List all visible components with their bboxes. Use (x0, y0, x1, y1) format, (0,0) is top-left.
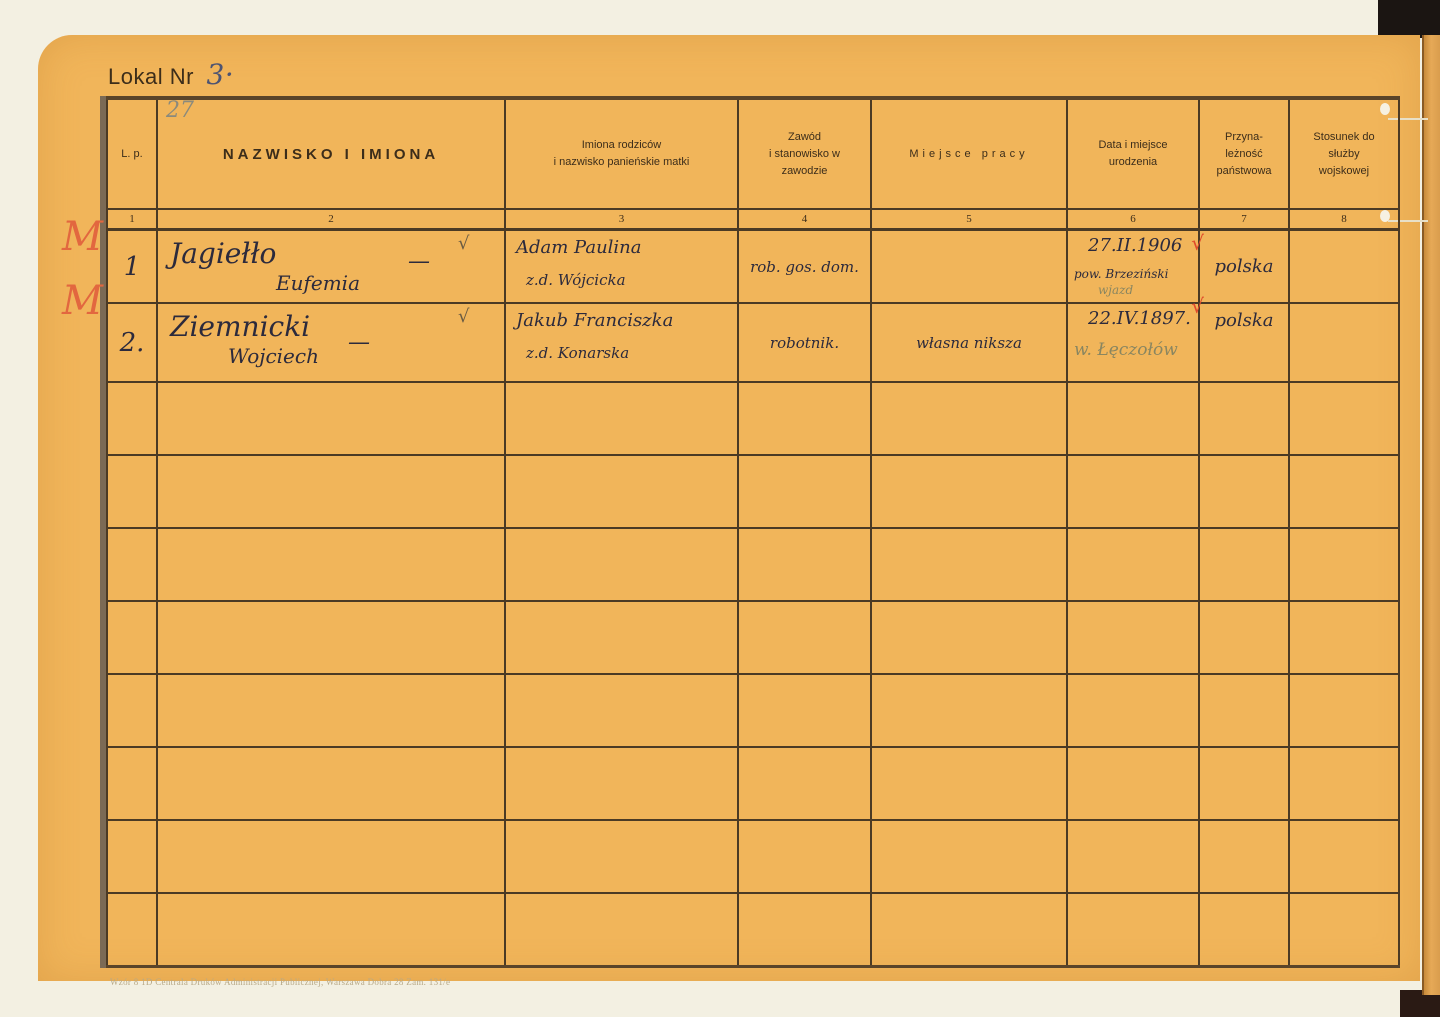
nationality: polska (1215, 310, 1274, 331)
occupation: rob. gos. dom. (750, 258, 859, 276)
column-number: 4 (738, 209, 871, 230)
parents-names: Adam Paulina (516, 237, 642, 258)
register-table: L. p. NAZWISKO I IMIONA Imiona rodziców … (106, 96, 1400, 968)
surname: Ziemnicki (170, 310, 310, 343)
checkmark-icon: √ (458, 233, 469, 254)
empty-row (107, 674, 1399, 747)
folio-number: 27 (166, 98, 194, 123)
title-label: Lokal Nr (108, 64, 194, 89)
empty-row (107, 601, 1399, 674)
margin-annotations: M M (62, 205, 92, 365)
empty-row (107, 893, 1399, 967)
birth-note: wjazd (1098, 283, 1133, 297)
header-parents: Imiona rodziców i nazwisko panieńskie ma… (505, 98, 738, 209)
column-number: 1 (107, 209, 157, 230)
column-number: 2 (157, 209, 505, 230)
parents-cell: Adam Paulina z.d. Wójcicka (505, 230, 738, 304)
header-lp: L. p. (107, 98, 157, 209)
printer-imprint: Wzór 8 1D Centrala Druków Administracji … (110, 977, 450, 987)
row-number: 2. (120, 328, 145, 358)
empty-row (107, 382, 1399, 455)
empty-row (107, 455, 1399, 528)
column-number: 6 (1067, 209, 1199, 230)
surname: Jagiełło (170, 237, 276, 270)
header-nationality: Przyna- leżność państwowa (1199, 98, 1289, 209)
dash-mark: — (348, 330, 370, 355)
column-number: 5 (871, 209, 1067, 230)
page-title: Lokal Nr 3· (108, 58, 234, 91)
given-name: Eufemia (276, 271, 360, 295)
header-row: L. p. NAZWISKO I IMIONA Imiona rodziców … (107, 98, 1399, 209)
table-row: 1 Jagiełło Eufemia — √ Adam Paulina z.d.… (107, 230, 1399, 304)
mother-maiden-name: z.d. Konarska (526, 344, 629, 362)
empty-row (107, 528, 1399, 601)
birth-date: 27.II.1906 (1088, 235, 1182, 256)
column-number: 8 (1289, 209, 1399, 230)
empty-row (107, 820, 1399, 893)
column-number-row: 1 2 3 4 5 6 7 8 (107, 209, 1399, 230)
background-corner (1378, 0, 1440, 38)
header-military: Stosunek do służby wojskowej (1289, 98, 1399, 209)
row-number: 1 (124, 252, 141, 282)
occupation: robotnik. (770, 334, 839, 352)
workplace: własna niksza (916, 334, 1022, 352)
header-birth: Data i miejsce urodzenia (1067, 98, 1199, 209)
birth-date: 22.IV.1897. (1088, 308, 1191, 329)
header-workplace: Miejsce pracy (871, 98, 1067, 209)
nationality: polska (1215, 256, 1274, 277)
header-occupation: Zawód i stanowisko w zawodzie (738, 98, 871, 209)
parents-cell: Jakub Franciszka z.d. Konarska (505, 303, 738, 382)
birth-cell: 27.II.1906 pow. Brzeziński wjazd √ (1067, 230, 1199, 304)
checkmark-icon: √ (458, 306, 469, 327)
birth-cell: 22.IV.1897. w. Łęczołów √ (1067, 303, 1199, 382)
column-number: 3 (505, 209, 738, 230)
header-name: NAZWISKO I IMIONA (157, 98, 505, 209)
table-row: 2. Ziemnicki Wojciech — √ Jakub Francisz… (107, 303, 1399, 382)
given-name: Wojciech (228, 344, 319, 368)
birth-place: pow. Brzeziński (1074, 267, 1169, 281)
margin-mark: M (62, 269, 92, 333)
name-cell: Ziemnicki Wojciech — √ (157, 303, 505, 382)
margin-mark: M (62, 205, 92, 269)
name-cell: Jagiełło Eufemia — √ (157, 230, 505, 304)
dash-mark: — (408, 249, 430, 274)
parents-names: Jakub Franciszka (516, 310, 673, 331)
empty-row (107, 747, 1399, 820)
title-number: 3· (207, 58, 235, 91)
column-number: 7 (1199, 209, 1289, 230)
mother-maiden-name: z.d. Wójcicka (526, 271, 626, 289)
birth-note: w. Łęczołów (1074, 340, 1178, 360)
binding-spine (1422, 35, 1440, 995)
